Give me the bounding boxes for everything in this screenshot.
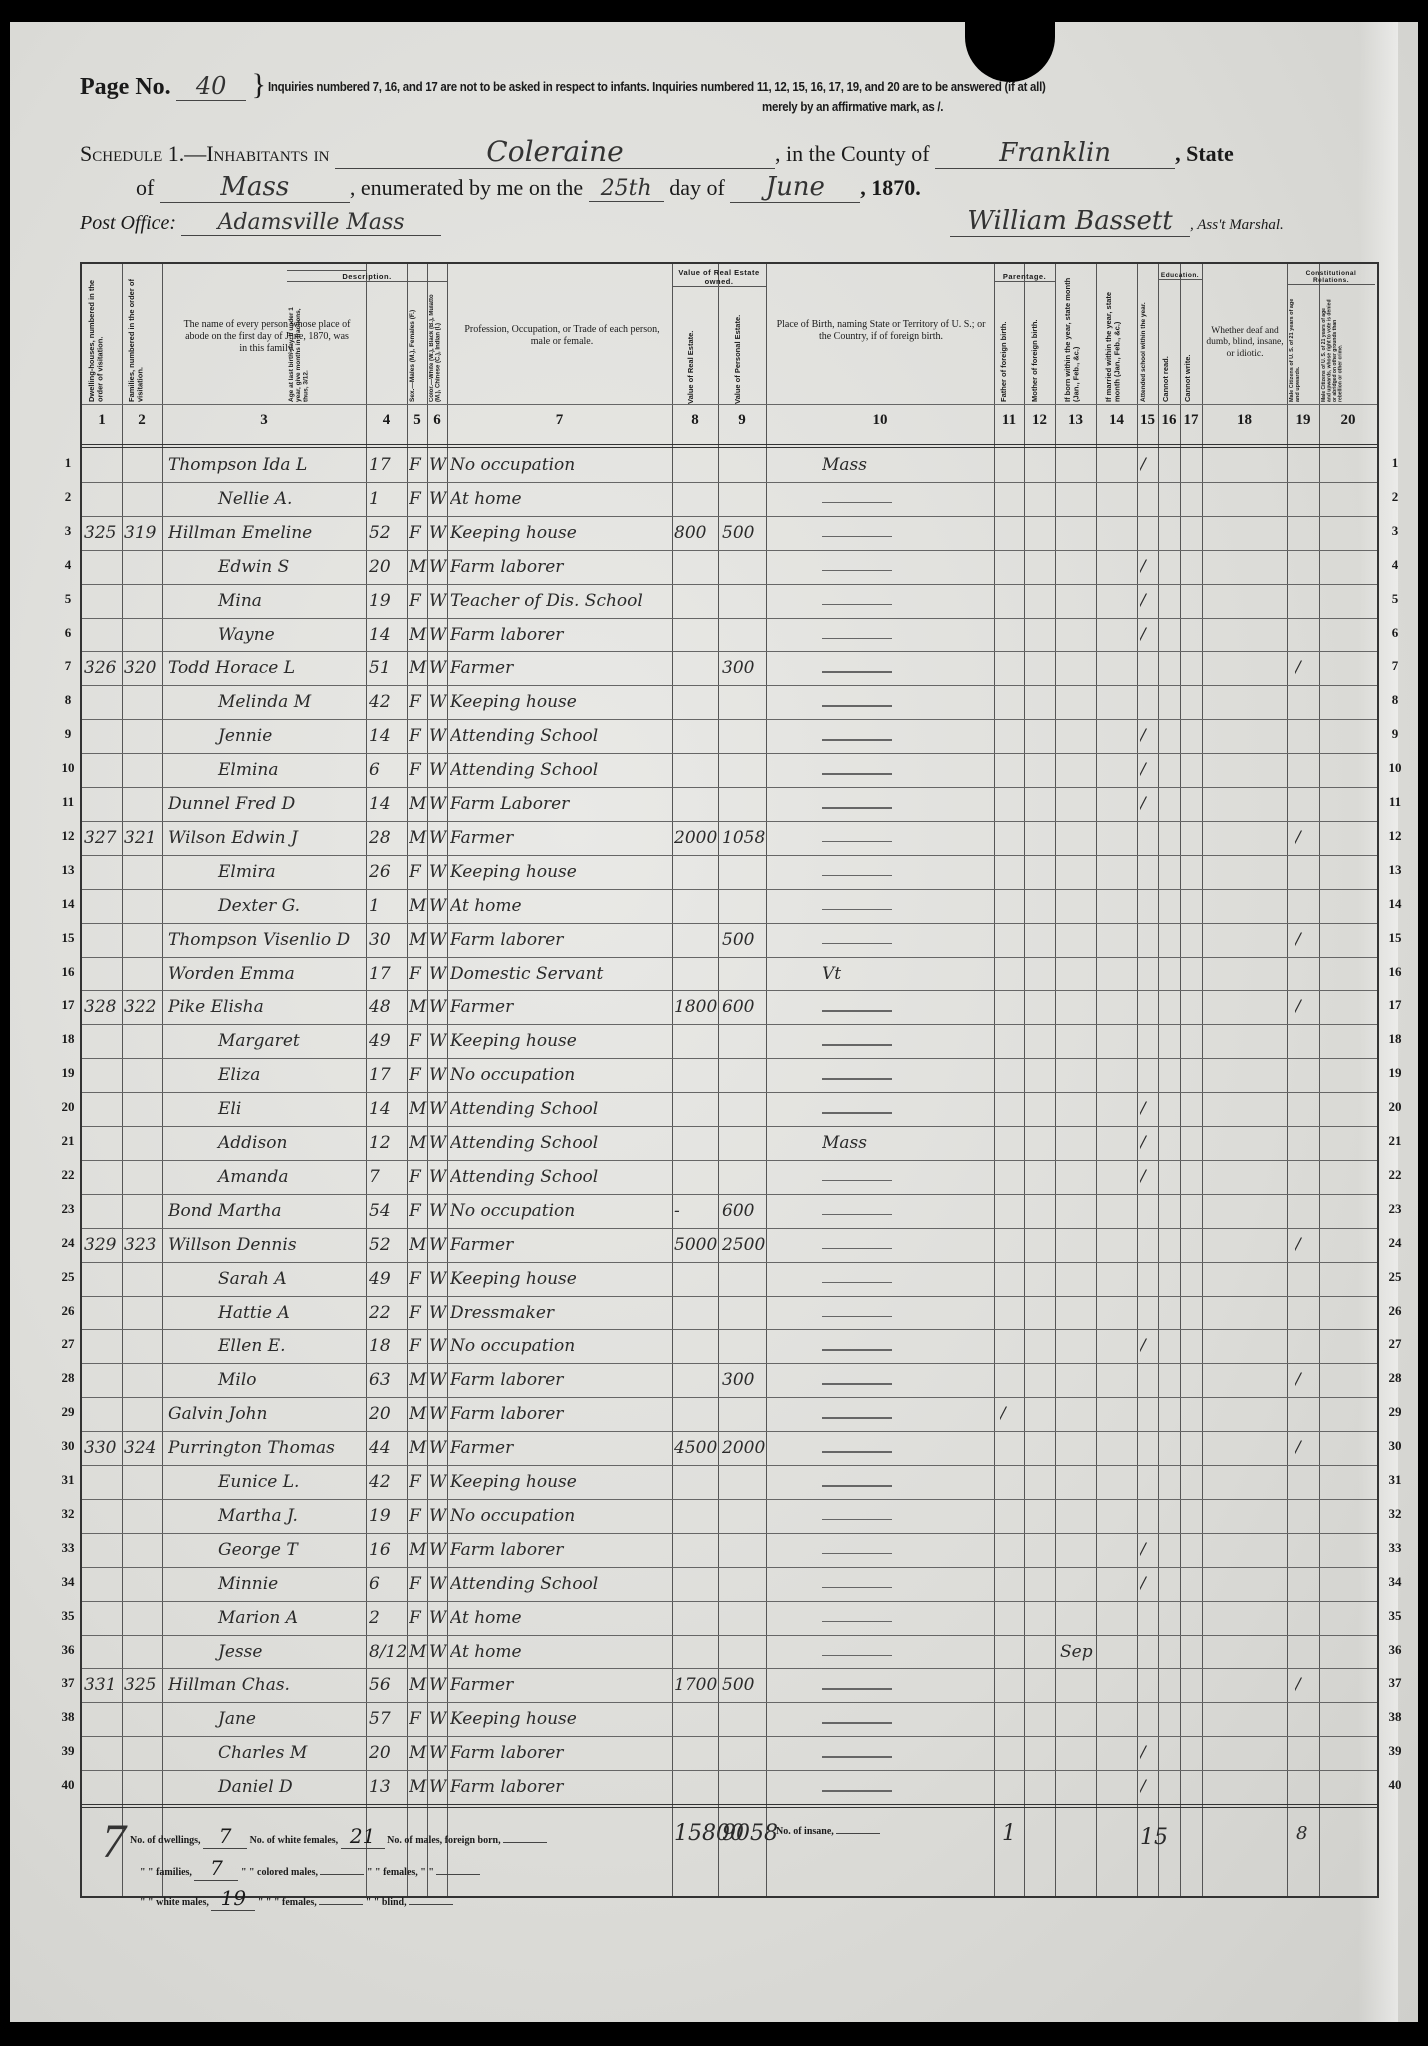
person-name: Dunnel Fred D [168, 787, 366, 822]
age: 18 [369, 1329, 407, 1364]
color: W [429, 889, 447, 924]
person-name: Eli [168, 1092, 366, 1127]
row-number-left: 12 [56, 828, 80, 844]
row-number-left: 16 [56, 964, 80, 980]
row-number: 25 [1383, 1269, 1407, 1285]
occupation: No occupation [450, 448, 670, 483]
row-number: 15 [1383, 930, 1407, 946]
sex: F [409, 1160, 427, 1195]
age: 14 [369, 618, 407, 653]
attended-school-mark: / [1140, 584, 1158, 619]
attended-school-mark: / [1140, 618, 1158, 653]
sex: M [409, 889, 427, 924]
age: 19 [369, 584, 407, 619]
person-name: Dexter G. [168, 889, 366, 924]
dwelling-number: 329 [84, 1228, 122, 1263]
row-number: 4 [1383, 557, 1407, 573]
color: W [429, 1465, 447, 1500]
real-estate-value: 1700 [674, 1668, 718, 1703]
row-number-left: 32 [56, 1506, 80, 1522]
color: W [429, 990, 447, 1025]
color: W [429, 719, 447, 754]
person-name: Wilson Edwin J [168, 821, 366, 856]
row-number: 27 [1383, 1336, 1407, 1352]
row-number-left: 33 [56, 1540, 80, 1556]
color: W [429, 1160, 447, 1195]
summary-insane [836, 1833, 880, 1834]
sex: F [409, 1329, 427, 1364]
ditto-dash [822, 1282, 892, 1284]
sex: M [409, 1736, 427, 1771]
summary-personal-estate-total: 9058 [722, 1816, 778, 1851]
age: 8/12 [369, 1635, 407, 1670]
occupation: Farm laborer [450, 1397, 670, 1432]
ditto-dash [822, 705, 892, 707]
row-number: 30 [1383, 1438, 1407, 1454]
occupation: Keeping house [450, 685, 670, 720]
color: W [429, 1668, 447, 1703]
age: 42 [369, 1465, 407, 1500]
occupation: Domestic Servant [450, 957, 670, 992]
sex: M [409, 923, 427, 958]
row-number: 21 [1383, 1133, 1407, 1149]
ditto-dash [822, 1790, 892, 1792]
column-number: 6 [427, 412, 447, 429]
sex: M [409, 1635, 427, 1670]
sex: F [409, 1465, 427, 1500]
occupation: No occupation [450, 1499, 670, 1534]
row-number-left: 14 [56, 896, 80, 912]
family-number: 323 [124, 1228, 162, 1263]
ditto-dash [822, 1485, 892, 1487]
row-number-left: 19 [56, 1065, 80, 1081]
color: W [429, 448, 447, 483]
column-number: 8 [672, 412, 718, 429]
row-number-left: 1 [56, 455, 80, 471]
row-number: 9 [1383, 726, 1407, 742]
attended-school-mark: / [1140, 1567, 1158, 1602]
sex: F [409, 685, 427, 720]
person-name: Minnie [168, 1567, 366, 1602]
age: 30 [369, 923, 407, 958]
ditto-dash [822, 1316, 892, 1318]
age: 49 [369, 1262, 407, 1297]
dwelling-number: 326 [84, 651, 122, 686]
person-name: Wayne [168, 618, 366, 653]
column-number: 16 [1158, 412, 1180, 429]
row-number: 17 [1383, 997, 1407, 1013]
color: W [429, 1194, 447, 1229]
sex: M [409, 1228, 427, 1263]
row-number-left: 22 [56, 1167, 80, 1183]
sex: F [409, 957, 427, 992]
row-number: 7 [1383, 658, 1407, 674]
row-number-left: 30 [56, 1438, 80, 1454]
birthplace: Mass [822, 1126, 942, 1161]
occupation: Farm laborer [450, 1770, 670, 1805]
color: W [429, 1635, 447, 1670]
occupation: Keeping house [450, 1262, 670, 1297]
summary-row-3: " " white males, 19 " " " females, " " b… [140, 1886, 453, 1911]
row-number: 22 [1383, 1167, 1407, 1183]
ditto-dash [822, 1044, 892, 1046]
occupation: Farmer [450, 990, 670, 1025]
person-name: Ellen E. [168, 1329, 366, 1364]
person-name: Willson Dennis [168, 1228, 366, 1263]
ditto-dash [822, 807, 892, 809]
header-born-within-year: If born within the year, state month (Ja… [1064, 272, 1088, 402]
attended-school-mark: / [1140, 1092, 1158, 1127]
sex: M [409, 1397, 427, 1432]
ditto-dash [822, 1688, 892, 1690]
column-number: 2 [122, 412, 162, 429]
column-number: 1 [82, 412, 122, 429]
row-number-left: 20 [56, 1099, 80, 1115]
person-name: Eunice L. [168, 1465, 366, 1500]
ditto-dash [822, 1553, 892, 1555]
occupation: Attending School [450, 1567, 670, 1602]
row-number-left: 27 [56, 1336, 80, 1352]
person-name: Margaret [168, 1024, 366, 1059]
summary-colored-females [319, 1904, 363, 1905]
ditto-dash [822, 1417, 892, 1419]
row-number-left: 15 [56, 930, 80, 946]
ditto-dash [822, 1756, 892, 1758]
age: 7 [369, 1160, 407, 1195]
sex: M [409, 1668, 427, 1703]
sex: F [409, 516, 427, 551]
person-name: Daniel D [168, 1770, 366, 1805]
post-office-field: Adamsville Mass [181, 210, 441, 236]
color: W [429, 516, 447, 551]
person-name: Hattie A [168, 1296, 366, 1331]
sex: M [409, 821, 427, 856]
sex: F [409, 448, 427, 483]
row-number: 6 [1383, 625, 1407, 641]
row-number: 38 [1383, 1709, 1407, 1725]
color: W [429, 855, 447, 890]
attended-school-mark: / [1140, 1533, 1158, 1568]
row-number-left: 8 [56, 692, 80, 708]
occupation: Attending School [450, 1160, 670, 1195]
color: W [429, 1228, 447, 1263]
row-number: 35 [1383, 1608, 1407, 1624]
enumeration-line: of Mass, enumerated by me on the 25th da… [136, 172, 921, 203]
page-number-line: Page No. 40 } [80, 68, 266, 102]
person-name: Elmina [168, 753, 366, 788]
torn-edge [965, 22, 1055, 82]
real-estate-value: 4500 [674, 1431, 718, 1466]
real-estate-value: - [674, 1194, 718, 1229]
family-number: 321 [124, 821, 162, 856]
occupation: Attending School [450, 1126, 670, 1161]
age: 13 [369, 1770, 407, 1805]
person-name: George T [168, 1533, 366, 1568]
person-name: Milo [168, 1363, 366, 1398]
attended-school-mark: / [1140, 1770, 1158, 1805]
age: 54 [369, 1194, 407, 1229]
ditto-dash [822, 1112, 892, 1114]
day-field: 25th [589, 176, 664, 202]
ditto-dash [822, 1214, 892, 1216]
attended-school-mark: / [1140, 550, 1158, 585]
occupation: Keeping house [450, 1024, 670, 1059]
person-name: Jesse [168, 1635, 366, 1670]
column-number: 4 [366, 412, 407, 429]
color: W [429, 685, 447, 720]
row-number: 8 [1383, 692, 1407, 708]
row-number: 13 [1383, 862, 1407, 878]
attended-school-mark: / [1140, 719, 1158, 754]
occupation: Farm laborer [450, 1363, 670, 1398]
age: 52 [369, 516, 407, 551]
personal-estate-value: 300 [722, 651, 766, 686]
schedule-line: Schedule 1.—Inhabitants in Coleraine, in… [80, 135, 1234, 169]
row-number-left: 40 [56, 1777, 80, 1793]
occupation: Teacher of Dis. School [450, 584, 670, 619]
marshal-signature: William Bassett [950, 206, 1190, 237]
color: W [429, 584, 447, 619]
sex: M [409, 990, 427, 1025]
person-name: Amanda [168, 1160, 366, 1195]
age: 48 [369, 990, 407, 1025]
age: 14 [369, 787, 407, 822]
person-name: Jane [168, 1702, 366, 1737]
age: 57 [369, 1702, 407, 1737]
occupation: Attending School [450, 1092, 670, 1127]
ditto-dash [822, 502, 892, 504]
column-number: 20 [1319, 412, 1377, 429]
township-field: Coleraine [335, 135, 775, 169]
ditto-dash [822, 570, 892, 572]
header-mother-foreign: Mother of foreign birth. [1031, 294, 1047, 402]
summary-white-females: 21 [341, 1824, 385, 1849]
occupation: Dressmaker [450, 1296, 670, 1331]
row-number: 31 [1383, 1472, 1407, 1488]
header-family: Families, numbered in the order of visit… [128, 274, 158, 402]
sex: F [409, 1296, 427, 1331]
color: W [429, 1601, 447, 1636]
ditto-dash [822, 1010, 892, 1012]
personal-estate-value: 500 [722, 516, 766, 551]
column-number: 10 [766, 412, 994, 429]
age: 42 [369, 685, 407, 720]
header-married-within-year: If married within the year, state month … [1105, 272, 1129, 402]
row-number-left: 10 [56, 760, 80, 776]
summary-dwellings: 7 [203, 1824, 247, 1849]
row-number: 12 [1383, 828, 1407, 844]
summary-foreign-males [503, 1842, 547, 1843]
person-name: Worden Emma [168, 957, 366, 992]
sex: M [409, 1363, 427, 1398]
summary-citizens-total: 8 [1296, 1816, 1307, 1851]
age: 17 [369, 1058, 407, 1093]
age: 14 [369, 1092, 407, 1127]
color: W [429, 1126, 447, 1161]
age: 28 [369, 821, 407, 856]
real-estate-value: 800 [674, 516, 718, 551]
attended-school-mark: / [1140, 1329, 1158, 1364]
dwelling-number: 330 [84, 1431, 122, 1466]
color: W [429, 1533, 447, 1568]
row-number-left: 9 [56, 726, 80, 742]
occupation: No occupation [450, 1194, 670, 1229]
personal-estate-value: 600 [722, 990, 766, 1025]
person-name: Hillman Chas. [168, 1668, 366, 1703]
ditto-dash [822, 604, 892, 606]
row-number-left: 23 [56, 1201, 80, 1217]
age: 52 [369, 1228, 407, 1263]
row-number: 23 [1383, 1201, 1407, 1217]
row-number-left: 4 [56, 557, 80, 573]
row-number-left: 29 [56, 1404, 80, 1420]
occupation: Farmer [450, 1228, 670, 1263]
sex: F [409, 1601, 427, 1636]
row-number: 18 [1383, 1031, 1407, 1047]
color: W [429, 1770, 447, 1805]
ditto-dash [822, 773, 892, 775]
attended-school-mark: / [1140, 448, 1158, 483]
ditto-dash [822, 536, 892, 538]
occupation: Farmer [450, 821, 670, 856]
header-vote-denied: Male Citizens of U. S. of 21 years of ag… [1322, 298, 1372, 402]
color: W [429, 550, 447, 585]
instructions-notice-2: merely by an affirmative mark, as /. [762, 100, 943, 114]
age: 17 [369, 448, 407, 483]
header-sex: Sex.—Males (M.), Females (F.) [409, 294, 425, 402]
ditto-dash [822, 1655, 892, 1657]
color: W [429, 787, 447, 822]
occupation: No occupation [450, 1329, 670, 1364]
row-number-left: 39 [56, 1743, 80, 1759]
ditto-dash [822, 1587, 892, 1589]
age: 14 [369, 719, 407, 754]
color: W [429, 1431, 447, 1466]
row-number: 37 [1383, 1675, 1407, 1691]
color: W [429, 618, 447, 653]
occupation: Farmer [450, 1668, 670, 1703]
person-name: Hillman Emeline [168, 516, 366, 551]
ditto-dash [822, 638, 892, 640]
attended-school-mark: / [1140, 1736, 1158, 1771]
marshal-line: William Bassett, Ass't Marshal. [950, 206, 1284, 237]
sex: M [409, 1533, 427, 1568]
header-disability: Whether deaf and dumb, blind, insane, or… [1206, 326, 1284, 360]
row-number-left: 26 [56, 1303, 80, 1319]
color: W [429, 1499, 447, 1534]
page-number: 40 [176, 72, 246, 101]
male-citizen-mark: / [1295, 1363, 1317, 1398]
ditto-dash [822, 1519, 892, 1521]
column-number: 12 [1024, 412, 1055, 429]
occupation: Attending School [450, 719, 670, 754]
family-number: 322 [124, 990, 162, 1025]
sex: F [409, 1567, 427, 1602]
occupation: Farm laborer [450, 923, 670, 958]
occupation: Farm laborer [450, 1736, 670, 1771]
column-number: 3 [162, 412, 366, 429]
attended-school-mark: / [1140, 787, 1158, 822]
row-number: 11 [1383, 794, 1407, 810]
personal-estate-value: 2500 [722, 1228, 766, 1263]
sex: M [409, 651, 427, 686]
row-number: 16 [1383, 964, 1407, 980]
row-number-left: 2 [56, 489, 80, 505]
row-number-left: 24 [56, 1235, 80, 1251]
row-number-left: 34 [56, 1574, 80, 1590]
person-name: Mina [168, 584, 366, 619]
row-number-left: 18 [56, 1031, 80, 1047]
sex: F [409, 753, 427, 788]
age: 20 [369, 1397, 407, 1432]
age: 12 [369, 1126, 407, 1161]
dwelling-number: 328 [84, 990, 122, 1025]
person-name: Elmira [168, 855, 366, 890]
sex: M [409, 1126, 427, 1161]
family-number: 320 [124, 651, 162, 686]
row-number: 40 [1383, 1777, 1407, 1793]
sex: M [409, 550, 427, 585]
family-number: 324 [124, 1431, 162, 1466]
male-citizen-mark: / [1295, 1228, 1317, 1263]
age: 49 [369, 1024, 407, 1059]
sex: M [409, 618, 427, 653]
male-citizen-mark: / [1295, 1431, 1317, 1466]
header-real-estate: Value of Real Estate. [687, 304, 703, 404]
row-number-left: 21 [56, 1133, 80, 1149]
person-name: Galvin John [168, 1397, 366, 1432]
summary-row-2: " " families, 7 " " colored males, " " f… [140, 1856, 480, 1881]
header-education-group: Education. [1158, 272, 1202, 280]
row-number: 34 [1383, 1574, 1407, 1590]
row-number: 28 [1383, 1370, 1407, 1386]
person-name: Purrington Thomas [168, 1431, 366, 1466]
header-attended-school: Attended school within the year. [1140, 272, 1156, 402]
male-citizen-mark: / [1295, 923, 1317, 958]
row-number: 2 [1383, 489, 1407, 505]
occupation: Keeping house [450, 516, 670, 551]
ditto-dash [822, 1451, 892, 1453]
occupation: Farm laborer [450, 1533, 670, 1568]
occupation: Farmer [450, 1431, 670, 1466]
person-name: Melinda M [168, 685, 366, 720]
row-number-left: 31 [56, 1472, 80, 1488]
column-number: 5 [407, 412, 427, 429]
ditto-dash [822, 739, 892, 741]
color: W [429, 753, 447, 788]
occupation: Keeping house [450, 1465, 670, 1500]
age: 26 [369, 855, 407, 890]
ditto-dash [822, 1180, 892, 1182]
age: 16 [369, 1533, 407, 1568]
header-parentage-group: Parentage. [994, 272, 1055, 282]
person-name: Jennie [168, 719, 366, 754]
personal-estate-value: 500 [722, 923, 766, 958]
attended-school-mark: / [1140, 1160, 1158, 1195]
column-number: 7 [447, 412, 672, 429]
sex: F [409, 1262, 427, 1297]
column-number: 13 [1055, 412, 1096, 429]
row-number: 29 [1383, 1404, 1407, 1420]
age: 17 [369, 957, 407, 992]
occupation: Farm laborer [450, 618, 670, 653]
color: W [429, 1363, 447, 1398]
summary-foreign-parent-total: 1 [1002, 1816, 1016, 1851]
occupation: Farm Laborer [450, 787, 670, 822]
row-number-left: 36 [56, 1642, 80, 1658]
column-number: 19 [1287, 412, 1319, 429]
sex: F [409, 1499, 427, 1534]
